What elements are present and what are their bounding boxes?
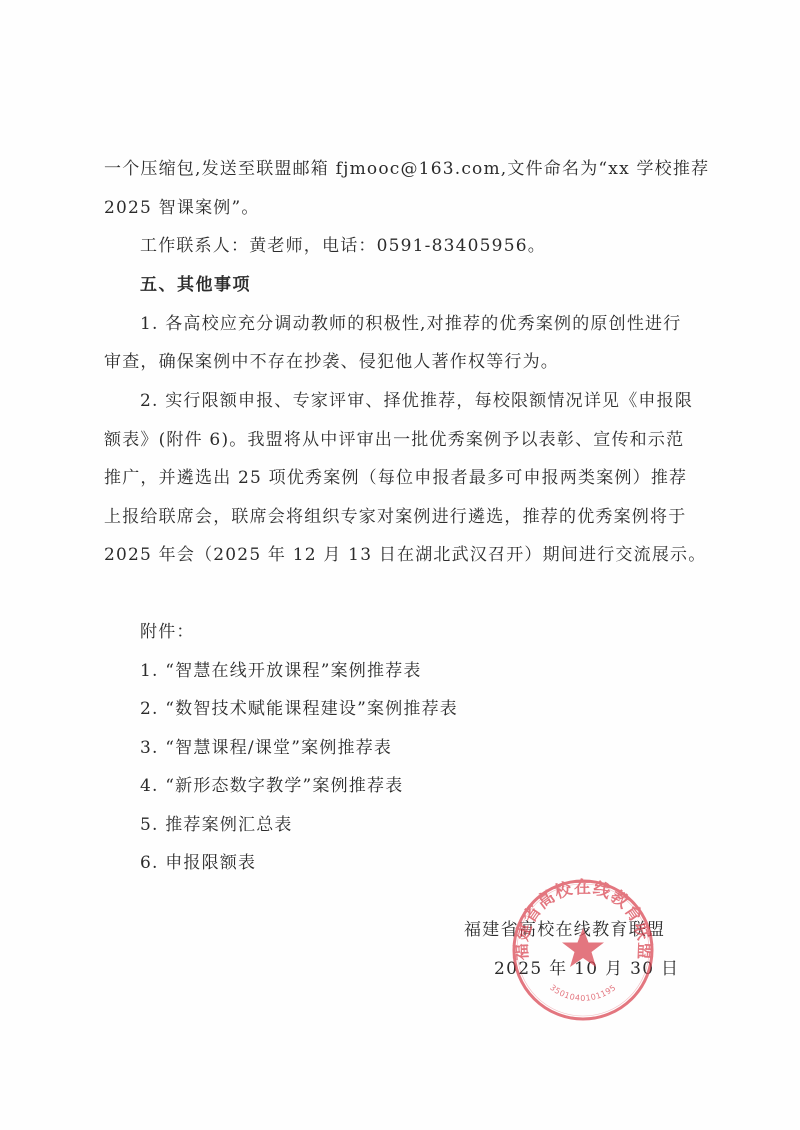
item-2-line: 额表》(附件 6)。我盟将从中评审出一批优秀案例予以表彰、宣传和示范 — [104, 428, 684, 452]
item-2-line: 2. 实行限额申报、专家评审、择优推荐，每校限额情况详见《申报限 — [140, 389, 693, 413]
attachment-item: 2. “数智技术赋能课程建设”案例推荐表 — [140, 697, 458, 721]
star-icon — [562, 928, 604, 967]
paragraph-line: 2025 智课案例”。 — [104, 196, 260, 220]
item-2-line: 推广，并遴选出 25 项优秀案例（每位申报者最多可申报两类案例）推荐 — [104, 466, 687, 490]
attachment-item: 6. 申报限额表 — [140, 851, 256, 875]
attachment-item: 4. “新形态数字教学”案例推荐表 — [140, 774, 403, 798]
item-1-line: 1. 各高校应充分调动教师的积极性,对推荐的优秀案例的原创性进行 — [140, 312, 681, 336]
item-1-line: 审查，确保案例中不存在抄袭、侵犯他人著作权等行为。 — [104, 350, 559, 374]
stamp-code: 3501040101195 — [548, 983, 618, 1003]
paragraph-line: 一个压缩包,发送至联盟邮箱 fjmooc@163.com,文件命名为“xx 学校… — [104, 157, 709, 181]
item-2-line: 2025 年会（2025 年 12 月 13 日在湖北武汉召开）期间进行交流展示… — [104, 543, 706, 567]
document-page: 一个压缩包,发送至联盟邮箱 fjmooc@163.com,文件命名为“xx 学校… — [0, 0, 800, 1130]
svg-text:3501040101195: 3501040101195 — [548, 983, 618, 1003]
item-2-line: 上报给联席会，联席会将组织专家对案例进行遴选，推荐的优秀案例将于 — [104, 505, 686, 529]
official-seal-stamp: 福建省高校在线教育联盟 3501040101195 — [511, 878, 655, 1022]
attachment-item: 5. 推荐案例汇总表 — [140, 813, 293, 837]
attachments-label: 附件： — [140, 620, 195, 644]
attachment-item: 1. “智慧在线开放课程”案例推荐表 — [140, 659, 422, 683]
attachment-item: 3. “智慧课程/课堂”案例推荐表 — [140, 736, 392, 760]
section-heading: 五、其他事项 — [140, 273, 251, 297]
contact-line: 工作联系人：黄老师，电话：0591-83405956。 — [140, 234, 546, 258]
